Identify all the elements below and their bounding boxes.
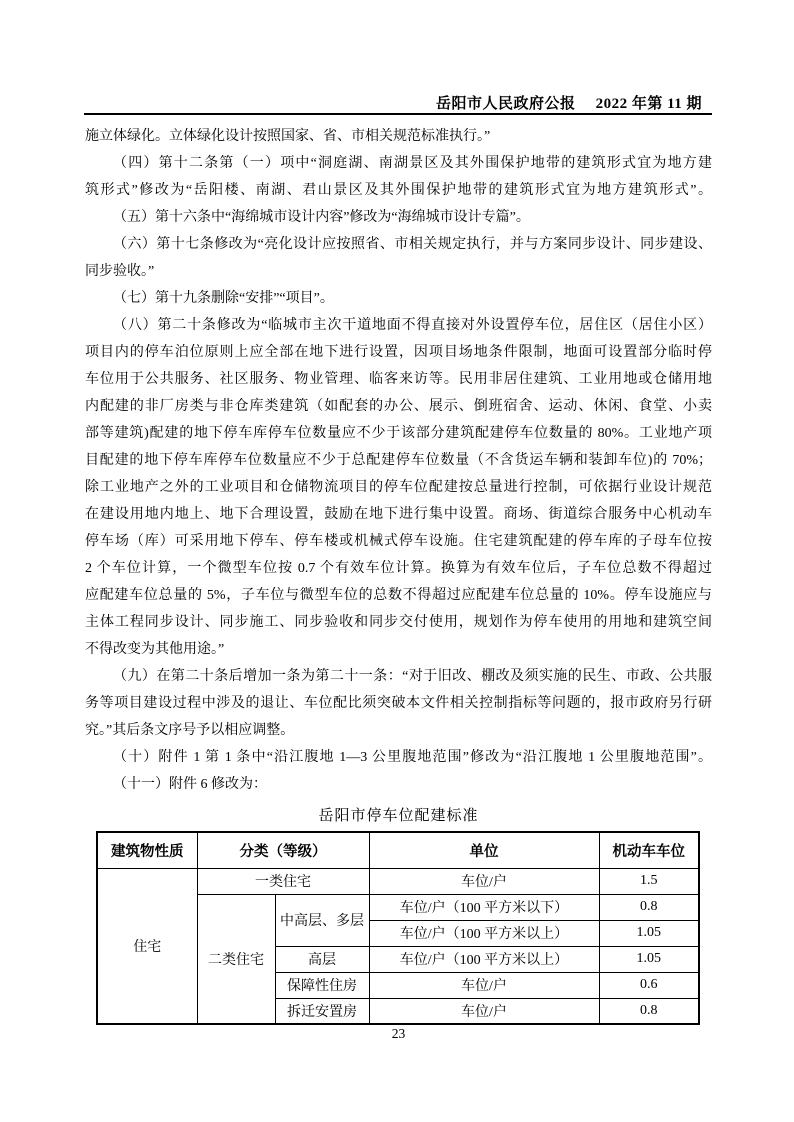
- header-unit: 单位: [369, 832, 599, 868]
- cell-value: 1.05: [599, 946, 699, 972]
- parking-standard-table: 建筑物性质 分类（等级） 单位 机动车车位 住宅 一类住宅 车位/户 1.5 二…: [96, 831, 700, 1025]
- cell-unit: 车位/户（100 平方米以上）: [369, 920, 599, 946]
- cell-value: 1.05: [599, 920, 699, 946]
- table-title: 岳阳市停车位配建标准: [85, 804, 712, 825]
- body-line: 目配建的地下停车库停车位数量应不少于总配建停车位数量（不含货运车辆和装卸车位)的…: [85, 447, 712, 474]
- body-line: 施立体绿化。立体绿化设计按照国家、省、市相关规范标准执行。”: [85, 123, 712, 150]
- body-line: 主体工程同步设计、同步施工、同步验收和同步交付使用，规划作为停车使用的用地和建筑…: [85, 609, 712, 636]
- body-line: 除工业地产之外的工业项目和仓储物流项目的停车位配建按总量进行控制，可依据行业设计…: [85, 474, 712, 501]
- cell-subclass: 中高层、多层: [275, 894, 369, 946]
- body-line: 筑形式”修改为“岳阳楼、南湖、君山景区及其外围保护地带的建筑形式宜为地方建筑形式…: [85, 177, 712, 204]
- body-line: 停车场（库）可采用地下停车、停车楼或机械式停车设施。住宅建筑配建的停车库的子母车…: [85, 528, 712, 555]
- body-line: （五）第十六条中“海绵城市设计内容”修改为“海绵城市设计专篇”。: [85, 204, 712, 231]
- cell-value: 0.8: [599, 894, 699, 920]
- document-page: 岳阳市人民政府公报 2022 年第 11 期 施立体绿化。立体绿化设计按照国家、…: [0, 0, 794, 1122]
- header-class: 分类（等级）: [197, 832, 369, 868]
- cell-subclass: 拆迁安置房: [275, 998, 369, 1024]
- gazette-title: 岳阳市人民政府公报: [436, 92, 576, 113]
- body-line: （十）附件 1 第 1 条中“沿江腹地 1—3 公里腹地范围”修改为“沿江腹地 …: [85, 744, 712, 771]
- body-line: 内配建的非厂房类与非仓库类建筑（如配套的办公、展示、倒班宿舍、运动、休闲、食堂、…: [85, 393, 712, 420]
- cell-value: 0.8: [599, 998, 699, 1024]
- cell-subclass: 高层: [275, 946, 369, 972]
- page-number: 23: [85, 1026, 712, 1042]
- body-line: 在建设用地内地上、地下合理设置，鼓励在地下进行集中设置。商场、街道综合服务中心机…: [85, 501, 712, 528]
- gazette-issue: 2022 年第 11 期: [596, 92, 702, 113]
- running-head: 岳阳市人民政府公报 2022 年第 11 期: [436, 92, 702, 113]
- body-line: 究。”其后条文序号予以相应调整。: [85, 717, 712, 744]
- cell-value: 1.5: [599, 868, 699, 894]
- body-line: （四）第十二条第（一）项中“洞庭湖、南湖景区及其外围保护地带的建筑形式宜为地方建: [85, 150, 712, 177]
- cell-unit: 车位/户: [369, 972, 599, 998]
- body-line: 不得改变为其他用途。”: [85, 636, 712, 663]
- body-line: （八）第二十条修改为“临城市主次干道地面不得直接对外设置停车位，居住区（居住小区…: [85, 312, 712, 339]
- cell-class: 二类住宅: [197, 894, 275, 1024]
- header-building-type: 建筑物性质: [97, 832, 197, 868]
- body-line: （七）第十九条删除“安排”“项目”。: [85, 285, 712, 312]
- cell-unit: 车位/户: [369, 998, 599, 1024]
- cell-unit: 车位/户（100 平方米以下）: [369, 894, 599, 920]
- cell-subclass: 保障性住房: [275, 972, 369, 998]
- body-line: 车位用于公共服务、社区服务、物业管理、临客来访等。民用非居住建筑、工业用地或仓储…: [85, 366, 712, 393]
- body-line: 同步验收。”: [85, 258, 712, 285]
- cell-building-type: 住宅: [97, 868, 197, 1024]
- body-line: （六）第十七条修改为“亮化设计应按照省、市相关规定执行，并与方案同步设计、同步建…: [85, 231, 712, 258]
- body-line: （十一）附件 6 修改为：: [85, 771, 712, 798]
- table-header-row: 建筑物性质 分类（等级） 单位 机动车车位: [97, 832, 699, 868]
- body-line: 务等项目建设过程中涉及的退让、车位配比须突破本文件相关控制指标等问题的，报市政府…: [85, 690, 712, 717]
- cell-value: 0.6: [599, 972, 699, 998]
- table-row: 住宅 一类住宅 车位/户 1.5: [97, 868, 699, 894]
- document-body: 施立体绿化。立体绿化设计按照国家、省、市相关规范标准执行。” （四）第十二条第（…: [85, 123, 712, 798]
- cell-unit: 车位/户: [369, 868, 599, 894]
- header-rule: [84, 113, 712, 115]
- body-line: 2 个车位计算，一个微型车位按 0.7 个有效车位计算。换算为有效车位后，子车位…: [85, 555, 712, 582]
- cell-unit: 车位/户（100 平方米以上）: [369, 946, 599, 972]
- cell-class: 一类住宅: [197, 868, 369, 894]
- body-line: 项目内的停车泊位原则上应全部在地下进行设置，因项目场地条件限制，地面可设置部分临…: [85, 339, 712, 366]
- header-motor-spaces: 机动车车位: [599, 832, 699, 868]
- body-line: 部等建筑)配建的地下停车库停车位数量应不少于该部分建筑配建停车位数量的 80%。…: [85, 420, 712, 447]
- body-line: （九）在第二十条后增加一条为第二十一条：“对于旧改、棚改及须实施的民生、市政、公…: [85, 663, 712, 690]
- body-line: 应配建车位总量的 5%，子车位与微型车位的总数不得超过应配建车位总量的 10%。…: [85, 582, 712, 609]
